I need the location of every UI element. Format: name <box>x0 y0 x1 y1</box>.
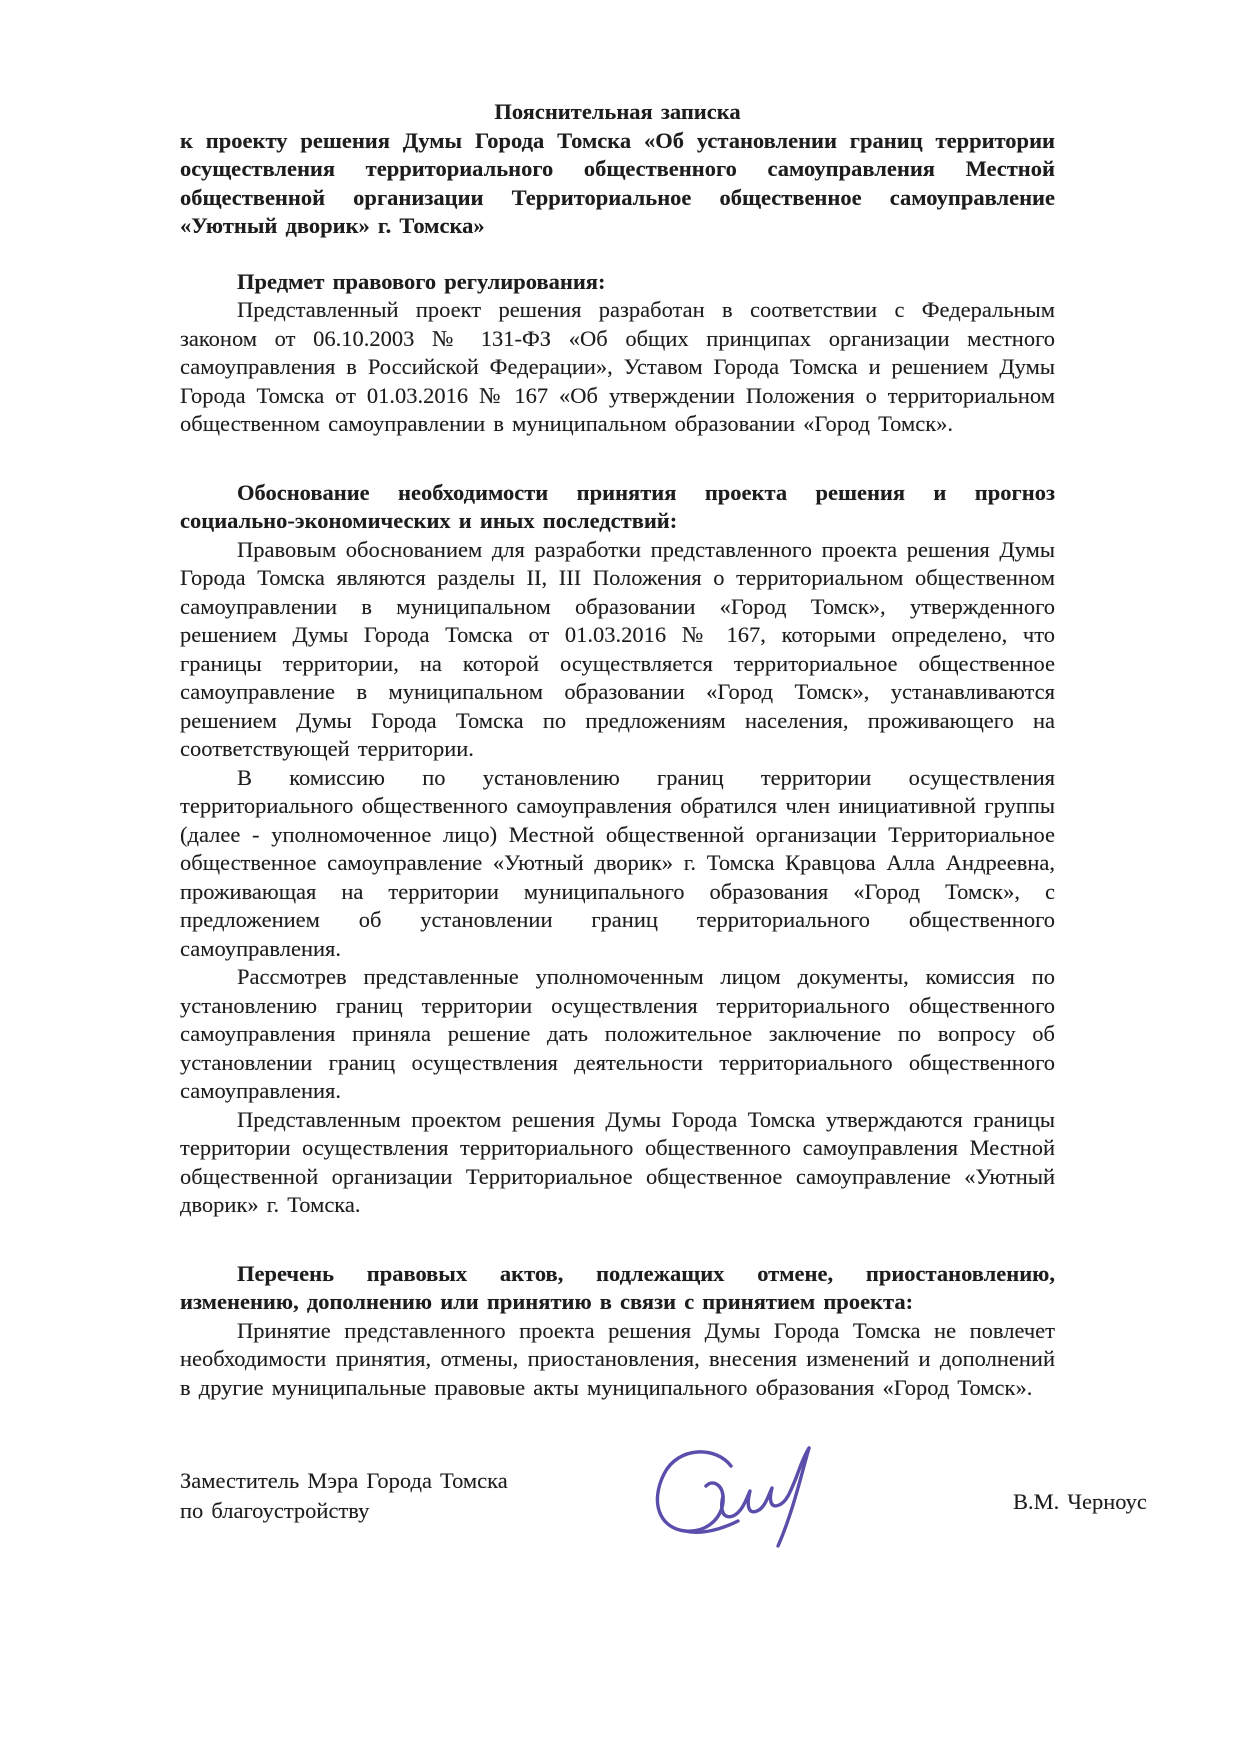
section-justification: Обоснование необходимости принятия проек… <box>180 479 1055 1220</box>
signatory-position: Заместитель Мэра Города Томска по благоу… <box>180 1466 508 1526</box>
document-subtitle: к проекту решения Думы Города Томска «Об… <box>180 127 1055 241</box>
paragraph: Принятие представленного проекта решения… <box>180 1317 1055 1403</box>
scanned-document-page: Пояснительная записка к проекту решения … <box>0 0 1240 1753</box>
paragraph: Правовым обоснованием для разработки пре… <box>180 536 1055 764</box>
signatory-position-line1: Заместитель Мэра Города Томска <box>180 1466 508 1496</box>
signatory-position-line2: по благоустройству <box>180 1496 508 1526</box>
paragraph: В комиссию по установлению границ террит… <box>180 764 1055 964</box>
handwritten-signature <box>632 1440 847 1558</box>
section-heading: Предмет правового регулирования: <box>180 268 1055 297</box>
spacer <box>180 241 1055 268</box>
signatory-name: В.М. Черноус <box>1013 1488 1147 1517</box>
spacer <box>180 1220 1055 1260</box>
section-list-of-legal-acts: Перечень правовых актов, подлежащих отме… <box>180 1260 1055 1403</box>
section-heading: Обоснование необходимости принятия проек… <box>180 479 1055 536</box>
section-heading: Перечень правовых актов, подлежащих отме… <box>180 1260 1055 1317</box>
paragraph: Рассмотрев представленные уполномоченным… <box>180 963 1055 1106</box>
paragraph: Представленный проект решения разработан… <box>180 296 1055 439</box>
spacer <box>180 439 1055 479</box>
section-subject-of-regulation: Предмет правового регулирования: Предста… <box>180 268 1055 439</box>
paragraph: Представленным проектом решения Думы Гор… <box>180 1106 1055 1220</box>
signature-block: Заместитель Мэра Города Томска по благоу… <box>180 1454 1055 1594</box>
document-title: Пояснительная записка <box>180 98 1055 127</box>
signature-ink-icon <box>632 1440 847 1558</box>
